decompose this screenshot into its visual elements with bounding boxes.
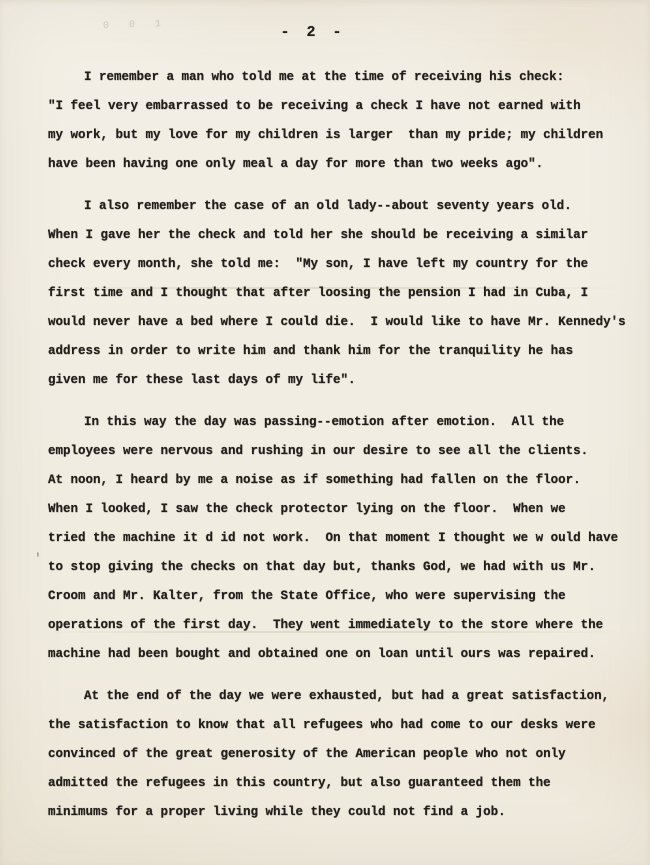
paragraph-2: I also remember the case of an old lady-… [48, 192, 634, 395]
page-number: - 2 - [0, 24, 638, 41]
text-line: employees were nervous and rushing in ou… [48, 437, 634, 466]
text-line: minimums for a proper living while they … [48, 798, 634, 827]
text-line: "I feel very embarrassed to be receiving… [48, 92, 634, 121]
text-line: At noon, I heard by me a noise as if som… [48, 466, 634, 495]
text-line: machine had been bought and obtained one… [48, 640, 634, 669]
text-line: Croom and Mr. Kalter, from the State Off… [48, 582, 634, 611]
text-line: would never have a bed where I could die… [48, 308, 634, 337]
text-line: have been having one only meal a day for… [48, 150, 634, 179]
text-line: given me for these last days of my life"… [48, 366, 634, 395]
text-line: address in order to write him and thank … [48, 337, 634, 366]
text-line: convinced of the great generosity of the… [48, 740, 634, 769]
text-line: my work, but my love for my children is … [48, 121, 634, 150]
text-line: admitted the refugees in this country, b… [48, 769, 634, 798]
document-body: I remember a man who told me at the time… [48, 63, 634, 840]
text-line: In this way the day was passing--emotion… [48, 408, 634, 437]
text-line: I also remember the case of an old lady-… [48, 192, 634, 221]
text-line: At the end of the day we were exhausted,… [48, 682, 634, 711]
text-line: to stop giving the checks on that day bu… [48, 553, 634, 582]
text-line: operations of the first day. They went i… [48, 611, 634, 640]
paragraph-4: At the end of the day we were exhausted,… [48, 682, 634, 827]
text-line: check every month, she told me: "My son,… [48, 250, 634, 279]
text-line: the satisfaction to know that all refuge… [48, 711, 634, 740]
text-line: first time and I thought that after loos… [48, 279, 634, 308]
text-line: tried the machine it d id not work. On t… [48, 524, 634, 553]
text-line: When I looked, I saw the check protector… [48, 495, 634, 524]
pencil-mark: ' [34, 551, 42, 566]
text-line: I remember a man who told me at the time… [48, 63, 634, 92]
paragraph-3: In this way the day was passing--emotion… [48, 408, 634, 669]
text-line: When I gave her the check and told her s… [48, 221, 634, 250]
paragraph-1: I remember a man who told me at the time… [48, 63, 634, 179]
